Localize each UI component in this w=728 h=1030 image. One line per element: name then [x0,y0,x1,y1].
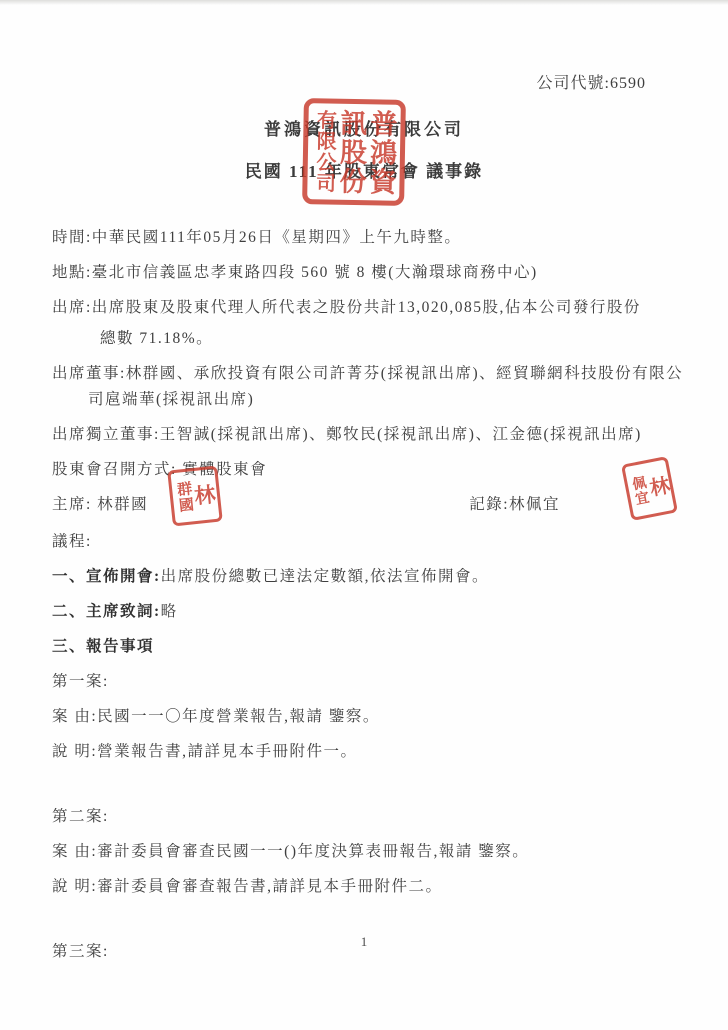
meeting-method-line: 股東會召開方式: 實體股東會 [52,460,688,479]
case1-title: 第一案: [52,672,688,691]
recorder-label: 記錄:林佩宜 [469,495,560,514]
case2-note: 說 明:審計委員會審查報告書,請詳見本手冊附件二。 [52,877,688,896]
agenda-label: 議程: [52,532,688,551]
attendance-line-wrap: 總數 71.18%。 [52,329,688,348]
independent-directors-line: 出席獨立董事:王智誠(採視訊出席)、鄭牧民(採視訊出席)、江金德(採視訊出席) [52,425,688,444]
page-number: 1 [0,934,728,950]
agenda-item-1: 一、宣佈開會:出席股份總數已達法定數額,依法宣佈開會。 [52,567,688,586]
location-line: 地點:臺北市信義區忠孝東路四段 560 號 8 樓(大瀚環球商務中心) [52,263,688,282]
agenda-item-title: 二、主席致詞: [52,603,161,620]
case2-subject: 案 由:審計委員會審查民國一一()年度決算表冊報告,報請 鑒察。 [52,842,688,861]
company-seal-stamp: 普鴻資 訊股份 有限公司 [302,98,406,206]
attendance-line: 出席:出席股東及股東代理人所代表之股份共計13,020,085股,佔本公司發行股… [52,298,688,317]
case1-subject: 案 由:民國一一〇年度營業報告,報請 鑒察。 [52,707,688,726]
agenda-item-3: 三、報告事項 [52,637,688,656]
agenda-item-text: 略 [161,603,178,620]
chairman-seal-stamp: 林 群國 [167,466,223,527]
time-line: 時間:中華民國111年05月26日《星期四》上午九時整。 [52,228,688,247]
chairman-recorder-row: 主席: 林群國 記錄:林佩宜 [52,495,688,514]
agenda-item-text: 出席股份總數已達法定數額,依法宣佈開會。 [161,568,489,585]
document-page: 公司代號:6590 普鴻資訊股份有限公司 民國 111 年股東常會 議事錄 普鴻… [0,0,728,1030]
directors-line: 出席董事:林群國、承欣投資有限公司許菁芬(採視訊出席)、經貿聯網科技股份有限公 [52,364,688,383]
case2-title: 第二案: [52,807,688,826]
directors-line-wrap: 司扈端華(採視訊出席) [52,390,688,409]
seal-column: 林 [192,483,215,508]
company-code: 公司代號:6590 [0,0,728,93]
seal-column: 林 [645,474,669,499]
document-body: 時間:中華民國111年05月26日《星期四》上午九時整。 地點:臺北市信義區忠孝… [0,182,728,961]
seal-column: 訊股份 [336,108,365,195]
agenda-item-title: 一、宣佈開會: [52,568,161,585]
seal-column: 有限公司 [313,109,334,193]
agenda-item-2: 二、主席致詞:略 [52,602,688,621]
case1-note: 說 明:營業報告書,請詳見本手冊附件一。 [52,742,688,761]
seal-column: 普鴻資 [366,109,395,196]
chairman-label: 主席: 林群國 [52,495,148,514]
agenda-item-title: 三、報告事項 [52,638,154,655]
